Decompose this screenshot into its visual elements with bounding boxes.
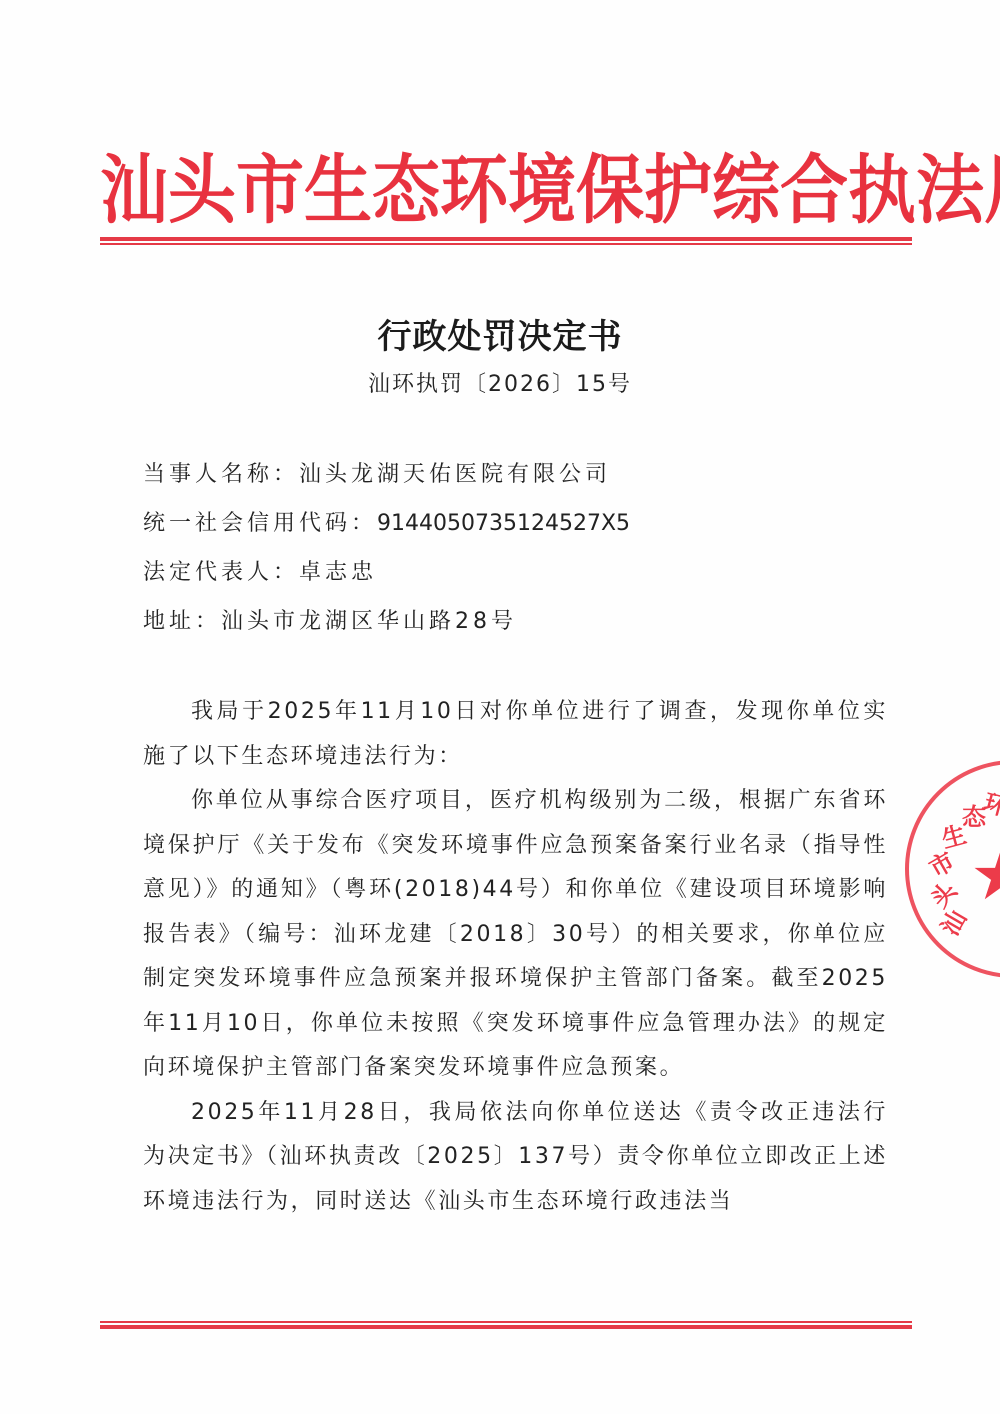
footer-divider	[100, 1321, 912, 1329]
divider-thin-line	[100, 243, 912, 245]
document-title: 行政处罚决定书	[0, 315, 1000, 359]
document-number: 汕环执罚〔2026〕15号	[0, 368, 1000, 402]
seal-char: 市	[925, 848, 959, 883]
divider-thick-line	[100, 1325, 912, 1329]
legal-rep-value: 卓志忠	[299, 560, 377, 585]
party-name-label: 当事人名称：	[143, 462, 299, 487]
party-info: 当事人名称：汕头龙湖天佑医院有限公司 统一社会信用代码：914405073512…	[143, 455, 903, 651]
decision-body: 我局于2025年11月10日对你单位进行了调查，发现你单位实施了以下生态环境违法…	[143, 690, 888, 1224]
seal-char: 环	[981, 789, 1000, 820]
paragraph-violation-facts: 你单位从事综合医疗项目，医疗机构级别为二级，根据广东省环境保护厅《关于发布《突发…	[143, 779, 888, 1091]
party-name-value: 汕头龙湖天佑医院有限公司	[299, 462, 611, 487]
document-page: 汕头市生态环境保护综合执法局 行政处罚决定书 汕环执罚〔2026〕15号 当事人…	[0, 0, 1000, 1414]
party-name-line: 当事人名称：汕头龙湖天佑医院有限公司	[143, 455, 903, 504]
paragraph-rectification-order: 2025年11月28日，我局依法向你单位送达《责令改正违法行为决定书》（汕环执责…	[143, 1091, 888, 1225]
credit-code-line: 统一社会信用代码：9144050735124527X5	[143, 504, 903, 553]
seal-char: 汕	[937, 906, 972, 940]
agency-header-title: 汕头市生态环境保护综合执法局	[100, 140, 912, 241]
address-label: 地址：	[143, 609, 221, 634]
address-value: 汕头市龙湖区华山路28号	[221, 609, 517, 634]
legal-rep-label: 法定代表人：	[143, 560, 299, 585]
seal-char: 头	[926, 877, 961, 912]
paragraph-investigation: 我局于2025年11月10日对你单位进行了调查，发现你单位实施了以下生态环境违法…	[143, 690, 888, 779]
address-line: 地址：汕头市龙湖区华山路28号	[143, 602, 903, 651]
header-divider	[100, 237, 912, 245]
credit-code-value: 9144050735124527X5	[377, 511, 630, 536]
credit-code-label: 统一社会信用代码：	[143, 511, 377, 536]
legal-rep-line: 法定代表人：卓志忠	[143, 553, 903, 602]
